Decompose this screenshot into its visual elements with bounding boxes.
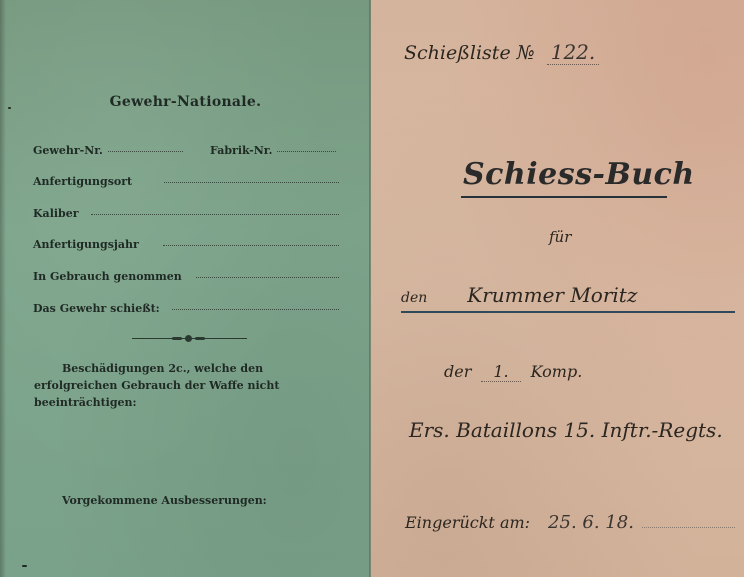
book-spread: Gewehr-Nationale. Gewehr-Nr. Fabrik-Nr. …: [0, 0, 744, 577]
book-title: Schiess-Buch: [463, 157, 695, 192]
company-prefix: der: [444, 362, 471, 381]
field-anfertigungsort: Anfertigungsort: [33, 175, 339, 188]
list-label: Schießliste №: [404, 42, 535, 64]
field-in-gebrauch-genommen: In Gebrauch genommen: [33, 270, 339, 283]
field-dotted-line: [196, 277, 339, 278]
name-prefix: den: [401, 290, 427, 306]
field-fabrik-nr: Fabrik-Nr.: [210, 144, 336, 157]
field-kaliber: Kaliber: [33, 207, 339, 220]
title-underline: [461, 196, 667, 198]
field-dotted-line: [108, 151, 183, 152]
company-row: der 1. Komp.: [444, 362, 582, 382]
soldier-name-row: den Krummer Moritz: [401, 283, 735, 307]
field-label: Anfertigungsjahr: [33, 238, 139, 251]
field-label: In Gebrauch genommen: [33, 270, 182, 283]
name-underline: [401, 311, 735, 313]
date-label: Eingerückt am:: [405, 513, 530, 532]
field-dotted-line: [163, 245, 339, 246]
field-das-gewehr-schiesst: Das Gewehr schießt:: [33, 302, 339, 315]
ink-speck: [22, 565, 27, 567]
field-dotted-line: [91, 214, 339, 215]
page-title-gewehr-nationale: Gewehr-Nationale.: [0, 94, 371, 110]
field-dotted-line: [164, 182, 339, 183]
shooting-list-number: Schießliste № 122.: [404, 40, 599, 65]
soldier-name: Krummer Moritz: [467, 283, 637, 307]
enlistment-date-row: Eingerückt am: 25. 6. 18.: [405, 512, 735, 533]
field-label: Anfertigungsort: [33, 175, 132, 188]
field-gewehr-nr: Gewehr-Nr.: [33, 144, 183, 157]
ornamental-divider: [132, 336, 247, 342]
damages-paragraph: Beschädigungen 2c., welche den erfolgrei…: [34, 360, 344, 411]
battalion-regiment: Ers. Bataillons 15. Inftr.-Regts.: [409, 418, 723, 442]
company-number: 1.: [481, 362, 520, 382]
field-dotted-line: [172, 309, 339, 310]
field-label: Gewehr-Nr.: [33, 144, 103, 157]
date-value: 25. 6. 18.: [548, 512, 634, 533]
field-anfertigungsjahr: Anfertigungsjahr: [33, 238, 339, 251]
date-dotted-line: [642, 527, 735, 528]
field-dotted-line: [277, 151, 336, 152]
list-number-value: 122.: [547, 40, 600, 65]
field-label: Fabrik-Nr.: [210, 144, 272, 157]
fuer-label: für: [549, 228, 571, 246]
repairs-label: Vorgekommene Ausbesserungen:: [62, 494, 267, 507]
company-suffix: Komp.: [531, 362, 583, 381]
field-label: Das Gewehr schießt:: [33, 302, 160, 315]
field-label: Kaliber: [33, 207, 79, 220]
left-page-weapon-record: Gewehr-Nationale. Gewehr-Nr. Fabrik-Nr. …: [0, 0, 371, 577]
right-page-title-page: Schießliste № 122. Schiess-Buch für den …: [371, 0, 744, 577]
